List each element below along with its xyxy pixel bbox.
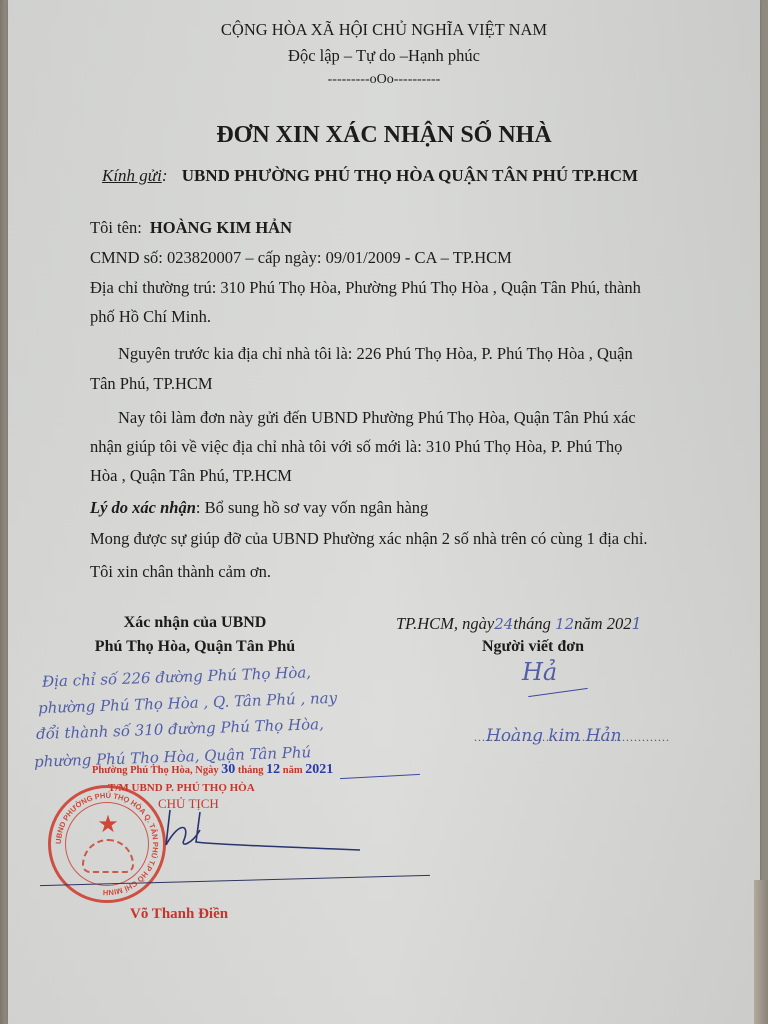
national-motto: Độc lập – Tự do –Hạnh phúc — [0, 46, 768, 66]
request-line-2: nhận giúp tôi về việc địa chỉ nhà tôi vớ… — [90, 437, 622, 457]
recipient-label: Kính gửi — [102, 166, 162, 185]
star-icon: ★ — [66, 813, 150, 837]
recipient-line: Kính gửi: UBND PHƯỜNG PHÚ THỌ HÒA QUẬN T… — [102, 166, 638, 186]
stamp-date-month: 12 — [266, 762, 280, 777]
request-line-3: Hòa , Quận Tân Phú, TP.HCM — [90, 466, 292, 486]
request-line-1: Nay tôi làm đơn này gửi đến UBND Phường … — [118, 408, 636, 428]
signer-name: Võ Thanh Điền — [130, 906, 228, 923]
chairman-signature — [140, 800, 440, 880]
recipient-value: UBND PHƯỜNG PHÚ THỌ HÒA QUẬN TÂN PHÚ TP.… — [182, 166, 638, 185]
applicant-signature: Hả — [522, 658, 557, 686]
table-surface-right — [754, 880, 768, 1024]
reason-line: Lý do xác nhận: Bổ sung hồ sơ vay vốn ng… — [90, 498, 428, 518]
address-line-1: Địa chỉ thường trú: 310 Phú Thọ Hòa, Phư… — [90, 278, 641, 298]
stamp-date-day: 30 — [221, 762, 235, 777]
previous-address-line-1: Nguyên trước kia địa chỉ nhà tôi là: 226… — [118, 344, 633, 364]
id-card-line: CMND số: 023820007 – cấp ngày: 09/01/200… — [90, 248, 512, 268]
national-emblem-icon — [82, 839, 134, 873]
reason-value: : Bổ sung hồ sơ vay vốn ngân hàng — [196, 498, 428, 517]
date-year-digit: 1 — [631, 614, 641, 633]
country-name: CỘNG HÒA XÃ HỘI CHỦ NGHĨA VIỆT NAM — [0, 20, 768, 40]
previous-address-line-2: Tân Phú, TP.HCM — [90, 374, 213, 394]
confirmation-heading-2: Phú Thọ Hòa, Quận Tân Phú — [0, 638, 390, 656]
stamp-date-year: 2021 — [305, 762, 333, 777]
document-title: ĐƠN XIN XÁC NHẬN SỐ NHÀ — [0, 122, 768, 149]
application-date: TP.HCM, ngày24tháng 12năm 2021 — [396, 614, 642, 634]
confirmation-heading-1: Xác nhận của UBND — [0, 614, 390, 632]
stamp-date-line: Phường Phú Thọ Hòa, Ngày 30 tháng 12 năm… — [92, 762, 333, 778]
name-line: Tôi tên: HOÀNG KIM HẢN — [90, 218, 292, 238]
date-month: 12 — [555, 615, 574, 633]
name-value: HOÀNG KIM HẢN — [150, 218, 292, 237]
applicant-heading: Người viết đơn — [482, 638, 584, 656]
address-line-2: phố Hồ Chí Minh. — [90, 307, 211, 327]
applicant-handwritten-name: Hoàng kim Hản — [486, 726, 622, 746]
reason-label: Lý do xác nhận — [90, 498, 196, 517]
header-separator: ---------oOo---------- — [0, 72, 768, 88]
date-day: 24 — [494, 615, 513, 633]
thanks-line: Tôi xin chân thành cảm ơn. — [90, 562, 271, 582]
hope-line: Mong được sự giúp đỡ của UBND Phường xác… — [90, 529, 648, 549]
name-label: Tôi tên: — [90, 218, 142, 237]
